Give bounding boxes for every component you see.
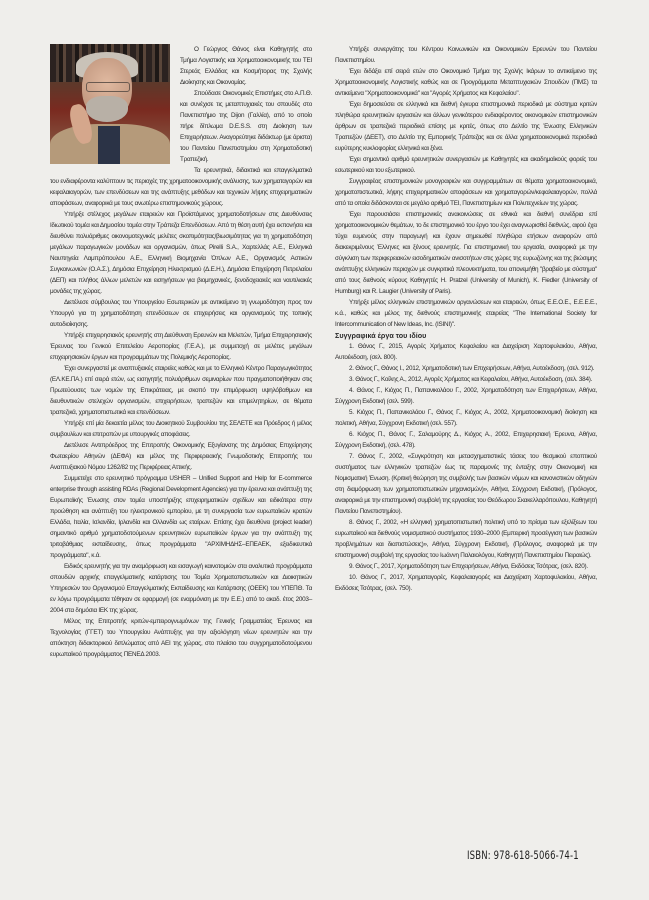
shirt (98, 126, 120, 164)
works-list-item: 5. Κιόχος Π., Παπανικολάου Γ., Θάνος Γ.,… (335, 407, 597, 429)
author-portrait-photo (50, 44, 170, 164)
works-heading: Συγγραφικά έργα του ιδίου (335, 330, 597, 341)
works-list-item: 1. Θάνος Γ., 2015, Αγορές Χρήματος Κεφαλ… (335, 341, 597, 363)
works-list-item: 9. Θάνος Γ., 2017, Χρηματοδότηση των Επι… (335, 561, 597, 572)
bio-paragraph: Έχει δημοσιεύσει σε ελληνικά και διεθνή … (335, 99, 597, 154)
bio-paragraph: Συμμετείχε στο ερευνητικό πρόγραμμα USHE… (50, 473, 312, 561)
bio-paragraph: Υπήρξε συνεργάτης του Κέντρου Κοινωνικών… (335, 44, 597, 66)
bio-paragraph: Διετέλεσε σύμβουλος του Υπουργείου Εσωτε… (50, 297, 312, 330)
bio-paragraph: Υπήρξε επί μία δεκαετία μέλος του Διοικη… (50, 418, 312, 440)
bio-paragraph: Υπήρξε μέλος ελληνικών επιστημονικών οργ… (335, 297, 597, 330)
right-column: Υπήρξε συνεργάτης του Κέντρου Κοινωνικών… (335, 44, 597, 594)
bio-paragraph: Έχει συνεργαστεί με αναπτυξιακές εταιρεί… (50, 363, 312, 418)
bio-paragraph: Έχει σημαντικό αριθμό ερευνητικών συνεργ… (335, 154, 597, 176)
bio-paragraph: Υπήρξε στέλεχος μεγάλων εταιρειών και Πρ… (50, 209, 312, 297)
bio-paragraph: Υπήρξε επιχειρησιακός ερευνητής στη Διεύ… (50, 330, 312, 363)
works-list-item: 4. Θάνος Γ., Κιόχος Π., Παπανικολάου Γ.,… (335, 385, 597, 407)
beard (86, 96, 128, 122)
bio-paragraph: Ειδικός ερευνητής για την αναμόρφωση και… (50, 561, 312, 616)
bio-paragraph: Συγγραφέας επιστημονικών μονογραφιών και… (335, 176, 597, 209)
bio-paragraph: Διετέλεσε Αντιπρόεδρος της Επιτροπής Οικ… (50, 440, 312, 473)
bio-paragraph: Έχει παρουσιάσει επιστημονικές ανακοινώσ… (335, 209, 597, 297)
bio-paragraph: Τα ερευνητικά, διδακτικά και επαγγελματι… (50, 165, 312, 209)
works-list-item: 2. Θάνος Γ., Θάνος Ι., 2012, Χρηματοδοτι… (335, 363, 597, 374)
works-list-item: 7. Θάνος Γ., 2002, «Συγκρότηση και μετασ… (335, 451, 597, 517)
works-list-item: 10. Θάνος Γ., 2017, Χρηματαγορές, Κεφαλα… (335, 572, 597, 594)
works-list-item: 3. Θάνος Γ., Κοίλης Α., 2012, Αγορές Χρή… (335, 374, 597, 385)
isbn-label: ISBN: 978-618-5066-74-1 (467, 848, 579, 862)
works-list-item: 6. Κιόχος Π., Θάνος Γ., Σαλαμούρης Δ., Κ… (335, 429, 597, 451)
bio-paragraph: Μέλος της Επιτροπής κριτών-εμπειρογνωμόν… (50, 616, 312, 660)
left-column: Ο Γεώργιος Θάνος είναι Καθηγητής στο Τμή… (50, 44, 312, 660)
glasses (86, 82, 130, 92)
bio-paragraph: Έχει διδάξει επί σειρά ετών στο Οικονομι… (335, 66, 597, 99)
works-list-item: 8. Θάνος Γ., 2002, «Η ελληνική χρηματοπι… (335, 517, 597, 561)
